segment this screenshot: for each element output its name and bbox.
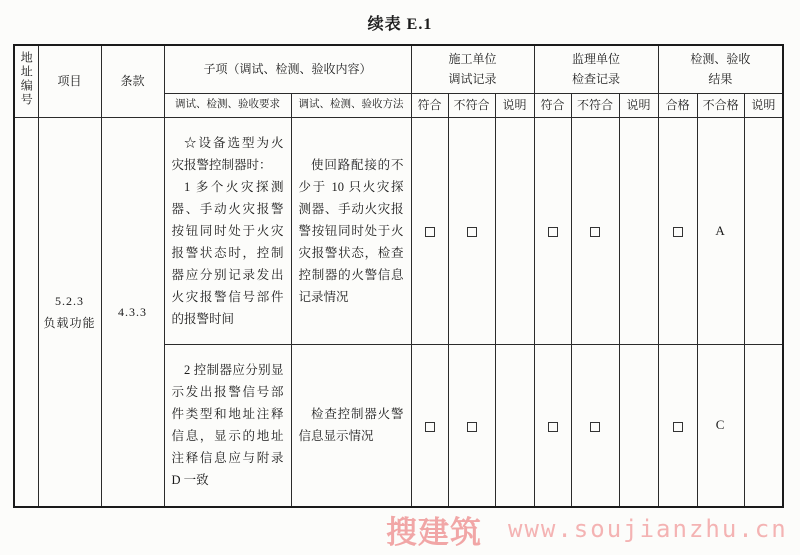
- header-result-line2: 结果: [659, 69, 783, 89]
- construction-conform-cell-row1: [411, 117, 448, 344]
- project-number: 5.2.3: [39, 290, 101, 312]
- watermark-url: www.soujianzhu.cn: [508, 515, 788, 543]
- header-construction-nonconform: 不符合: [448, 93, 495, 117]
- construction-nonconform-cell-row2: [448, 344, 495, 507]
- checkbox-icon[interactable]: [467, 227, 477, 237]
- checkbox-icon[interactable]: [425, 227, 435, 237]
- header-construction-unit-line1: 施工单位: [412, 49, 534, 69]
- header-clause: 条款: [101, 45, 164, 117]
- header-result: 检测、验收 结果: [658, 45, 783, 93]
- scanned-document-page: 续表 E.1 地址编号 项目 条款 子项（调试、检测、验收内容） 施工单位 调试…: [0, 0, 800, 555]
- header-result-note: 说明: [744, 93, 783, 117]
- header-subitem: 子项（调试、检测、验收内容）: [164, 45, 411, 93]
- page-title: 续表 E.1: [0, 11, 800, 34]
- header-result-line1: 检测、验收: [659, 49, 783, 69]
- clause-cell: 4.3.3: [101, 117, 164, 507]
- method-text-row1: 使回路配接的不少于 10 只火灾探测器、手动火灾报警按钮同时处于火灾报警状态，检…: [299, 154, 404, 308]
- project-cell: 5.2.3 负载功能: [38, 117, 101, 507]
- header-result-fail: 不合格: [697, 93, 744, 117]
- method-text-row2: 检查控制器火警信息显示情况: [299, 403, 404, 447]
- header-supervision-unit-line2: 检查记录: [535, 69, 658, 89]
- supervision-nonconform-cell-row2: [571, 344, 619, 507]
- construction-note-cell-row2: [495, 344, 534, 507]
- result-note-cell-row2: [744, 344, 783, 507]
- result-note-cell-row1: [744, 117, 783, 344]
- header-method: 调试、检测、验收方法: [291, 93, 411, 117]
- watermark-brand: 搜建筑: [386, 507, 482, 552]
- checkbox-icon[interactable]: [425, 422, 435, 432]
- requirement-cell-row2: 2 控制器应分别显示发出报警信号部件类型和地址注释信息，显示的地址注释信息应与附…: [164, 344, 291, 507]
- requirement-item-row1: 1 多个火灾探测器、手动火灾报警按钮同时处于火灾报警状态时，控制器应分别记录发出…: [172, 176, 284, 330]
- header-supervision-unit-line1: 监理单位: [535, 49, 658, 69]
- supervision-nonconform-cell-row1: [571, 117, 619, 344]
- supervision-conform-cell-row2: [534, 344, 571, 507]
- result-fail-grade-row1: A: [697, 117, 744, 344]
- result-pass-cell-row2: [658, 344, 697, 507]
- acceptance-record-table: 地址编号 项目 条款 子项（调试、检测、验收内容） 施工单位 调试记录 监理单位…: [13, 44, 784, 508]
- result-pass-cell-row1: [658, 117, 697, 344]
- header-supervision-unit: 监理单位 检查记录: [534, 45, 658, 93]
- address-no-cell-empty: [14, 117, 38, 507]
- header-project: 项目: [38, 45, 101, 117]
- header-result-pass: 合格: [658, 93, 697, 117]
- supervision-note-cell-row2: [619, 344, 658, 507]
- project-name: 负载功能: [39, 312, 101, 334]
- construction-nonconform-cell-row1: [448, 117, 495, 344]
- construction-conform-cell-row2: [411, 344, 448, 507]
- checkbox-icon[interactable]: [590, 227, 600, 237]
- checkbox-icon[interactable]: [467, 422, 477, 432]
- construction-note-cell-row1: [495, 117, 534, 344]
- header-address-no-cell: 地址编号: [14, 45, 38, 117]
- checkbox-icon[interactable]: [548, 422, 558, 432]
- checkbox-icon[interactable]: [673, 227, 683, 237]
- checkbox-icon[interactable]: [590, 422, 600, 432]
- header-construction-unit: 施工单位 调试记录: [411, 45, 534, 93]
- header-address-no: 地址编号: [16, 51, 36, 107]
- method-cell-row1: 使回路配接的不少于 10 只火灾探测器、手动火灾报警按钮同时处于火灾报警状态，检…: [291, 117, 411, 344]
- header-construction-conform: 符合: [411, 93, 448, 117]
- requirement-item-row2: 2 控制器应分别显示发出报警信号部件类型和地址注释信息，显示的地址注释信息应与附…: [172, 359, 284, 491]
- result-fail-grade-row2: C: [697, 344, 744, 507]
- header-requirement: 调试、检测、验收要求: [164, 93, 291, 117]
- method-cell-row2: 检查控制器火警信息显示情况: [291, 344, 411, 507]
- watermark: 搜建筑 www.soujianzhu.cn: [386, 508, 788, 550]
- requirement-cell-row1: ☆设备选型为火灾报警控制器时： 1 多个火灾探测器、手动火灾报警按钮同时处于火灾…: [164, 117, 291, 344]
- header-supervision-conform: 符合: [534, 93, 571, 117]
- supervision-conform-cell-row1: [534, 117, 571, 344]
- checkbox-icon[interactable]: [548, 227, 558, 237]
- header-construction-note: 说明: [495, 93, 534, 117]
- checkbox-icon[interactable]: [673, 422, 683, 432]
- header-construction-unit-line2: 调试记录: [412, 69, 534, 89]
- header-supervision-nonconform: 不符合: [571, 93, 619, 117]
- requirement-intro-row1: ☆设备选型为火灾报警控制器时：: [172, 132, 284, 176]
- supervision-note-cell-row1: [619, 117, 658, 344]
- header-supervision-note: 说明: [619, 93, 658, 117]
